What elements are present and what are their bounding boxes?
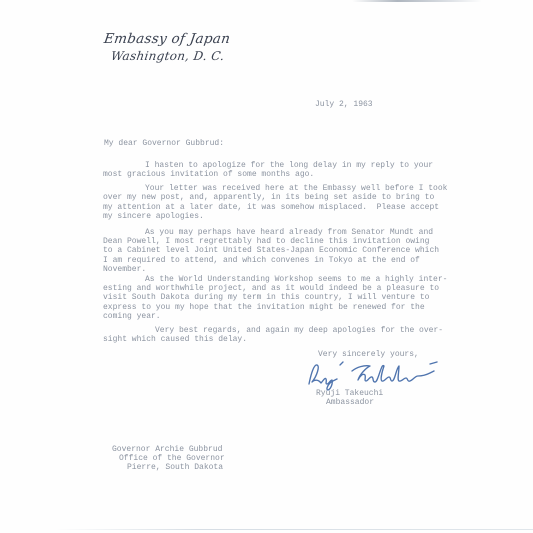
salutation: My dear Governor Gubbrud:	[104, 139, 224, 148]
letter-text-line: Pierre, South Dakota	[112, 463, 225, 472]
letter-text-line: most gracious invitation of some months …	[103, 170, 455, 179]
letter-text-line: Office of the Governor	[112, 454, 225, 463]
paragraph-1: I hasten to apologize for the long delay…	[103, 161, 455, 180]
letter-text-line: Your letter was received here at the Emb…	[103, 184, 455, 193]
letter-text-line: express to you my hope that the invitati…	[103, 303, 455, 312]
letter-text-line: esting and worthwhile project, and as it…	[103, 284, 455, 293]
letter-text-line: Very best regards, and again my deep apo…	[103, 326, 455, 335]
paragraph-3: As you may perhaps have heard already fr…	[103, 228, 455, 275]
letterhead: Embassy of Japan Washington, D. C.	[104, 31, 230, 63]
letter-text-line: visit South Dakota during my term in thi…	[103, 293, 455, 302]
letter-text-line: Ryuji Takeuchi	[316, 389, 383, 398]
letter-date: July 2, 1963	[315, 100, 373, 109]
scan-artifact-bottom-edge	[55, 529, 533, 530]
letter-text-line: over my new post, and, apparently, in it…	[103, 193, 455, 202]
paragraph-4: As the World Understanding Workshop seem…	[103, 275, 455, 322]
letter-text-line: November.	[103, 265, 455, 274]
letter-text-line: I hasten to apologize for the long delay…	[103, 161, 455, 170]
paragraph-2: Your letter was received here at the Emb…	[103, 184, 455, 221]
letter-text-line: my sincere apologies.	[103, 212, 455, 221]
letter-text-line: I am required to attend, and which conve…	[103, 256, 455, 265]
letter-text-line: to a Cabinet level Joint United States-J…	[103, 246, 455, 255]
letter-text-line: As the World Understanding Workshop seem…	[103, 275, 455, 284]
paragraph-5: Very best regards, and again my deep apo…	[103, 326, 455, 345]
recipient-address-block: Governor Archie GubbrudOffice of the Gov…	[112, 445, 225, 473]
letterhead-city: Washington, D. C.	[110, 49, 231, 63]
handwritten-signature	[302, 356, 442, 392]
letterhead-org-name: Embassy of Japan	[103, 31, 231, 47]
signature-ink-strokes	[302, 356, 442, 392]
letter-text-line: Ambassador	[316, 398, 383, 407]
scan-artifact-top-edge	[352, 0, 482, 2]
letter-text-line: Governor Archie Gubbrud	[112, 445, 225, 454]
signature-block: Ryuji TakeuchiAmbassador	[316, 389, 383, 408]
scanned-letter-page: Embassy of Japan Washington, D. C. July …	[0, 0, 533, 533]
letter-text-line: As you may perhaps have heard already fr…	[103, 228, 455, 237]
letter-text-line: my attention at a later date, it was som…	[103, 203, 455, 212]
letter-text-line: sight which caused this delay.	[103, 335, 455, 344]
letter-text-line: Dean Powell, I most regrettably had to d…	[103, 237, 455, 246]
letter-text-line: coming year.	[103, 312, 455, 321]
